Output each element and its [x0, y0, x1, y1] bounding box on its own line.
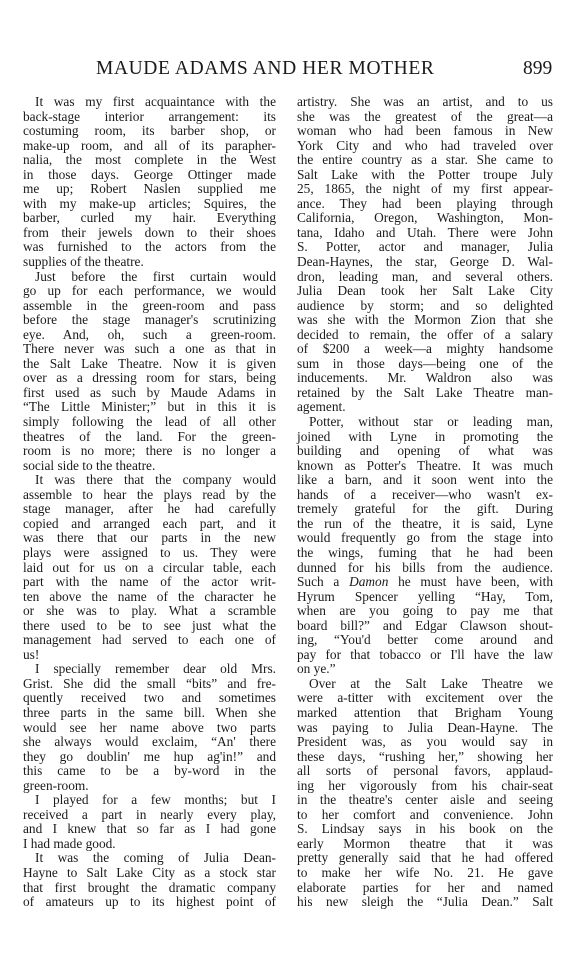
- text-line: was there that our parts in the new: [23, 531, 276, 546]
- text-line: hands of a receiver—who wasn't ex-: [297, 488, 553, 503]
- text-line: make-up room, and all of its parapher-: [23, 139, 276, 154]
- text-line: of amateurs up to its highest point of: [23, 895, 276, 910]
- text-line: Over at the Salt Lake Theatre we: [297, 677, 553, 692]
- text-line: this came to be a by-word in the: [23, 764, 276, 779]
- text-line: tremely grateful for the gift. During: [297, 502, 553, 517]
- text-line: in those days. George Ottinger made: [23, 168, 276, 183]
- running-header: MAUDE ADAMS AND HER MOTHER 899: [0, 58, 583, 82]
- text-line: back-stage interior arrangement: its: [23, 110, 276, 125]
- text-line: go up for each performance, we would: [23, 284, 276, 299]
- text-line: when are you going to pay me that: [297, 604, 553, 619]
- page-number: 899: [523, 58, 552, 80]
- text-line: simply following the lead of all other: [23, 415, 276, 430]
- text-line: audience by storm; and so delighted: [297, 299, 553, 314]
- text-line: three parts in the same bill. When she: [23, 706, 276, 721]
- text-line: laid out for us on a circular table, eac…: [23, 561, 276, 576]
- text-line: It was my first acquaintance with the: [23, 95, 276, 110]
- text-line: us!: [23, 648, 276, 663]
- text-line: received a part in nearly every play,: [23, 808, 276, 823]
- text-line: Salt Lake with the Potter troupe July: [297, 168, 553, 183]
- text-line: with my make-up articles; Squires, the: [23, 197, 276, 212]
- text-line: I played for a few months; but I: [23, 793, 276, 808]
- text-line: the run of the theatre, it is said, Lyne: [297, 517, 553, 532]
- text-line: board bill?” and Edgar Clawson shout-: [297, 619, 553, 634]
- text-line: of $200 a week—a mighty handsome: [297, 342, 553, 357]
- text-line: 25, 1865, the night of my first appear-: [297, 182, 553, 197]
- text-line: quently received two and sometimes: [23, 691, 276, 706]
- text-line: Hyrum Spencer yelling “Hay, Tom,: [297, 590, 553, 605]
- text-line: ten above the name of the character he: [23, 590, 276, 605]
- text-line: retained by the Salt Lake Theatre man-: [297, 386, 553, 401]
- text-line: I specially remember dear old Mrs.: [23, 662, 276, 677]
- text-line: there used to be to see just what the: [23, 619, 276, 634]
- text-line: sum in those days—being one of the: [297, 357, 553, 372]
- text-line: on ye.”: [297, 662, 553, 677]
- text-line: from their jewels down to their shoes: [23, 226, 276, 241]
- text-line: eye. And, oh, such a green-room.: [23, 328, 276, 343]
- text-line: costuming room, its barber shop, or: [23, 124, 276, 139]
- left-column: It was my first acquaintance with thebac…: [23, 95, 276, 910]
- text-line: Hayne to Salt Lake City as a stock star: [23, 866, 276, 881]
- text-line: barber, curled my hair. Everything: [23, 211, 276, 226]
- text-line: agement.: [297, 400, 553, 415]
- text-line: S. Potter, actor and manager, Julia: [297, 240, 553, 255]
- text-line: ance. They had been playing through: [297, 197, 553, 212]
- right-column: artistry. She was an artist, and to ussh…: [297, 95, 553, 910]
- text-line: Grist. She did the small “bits” and fre-: [23, 677, 276, 692]
- text-line: was paying to Julia Dean-Hayne. The: [297, 721, 553, 736]
- text-line: inducements. Mr. Waldron also was: [297, 371, 553, 386]
- text-line: building and opening of what was: [297, 444, 553, 459]
- text-line: joined with Lyne in promoting the: [297, 430, 553, 445]
- text-line: supplies of the theatre.: [23, 255, 276, 270]
- text-line: Such a Damon he must have been, with: [297, 575, 553, 590]
- running-title: MAUDE ADAMS AND HER MOTHER: [96, 58, 434, 80]
- text-line: ing her vigorously from his chair-seat: [297, 779, 553, 794]
- italic-text: Damon: [349, 574, 388, 589]
- text-line: nalia, the most complete in the West: [23, 153, 276, 168]
- text-line: social side to the theatre.: [23, 459, 276, 474]
- text-line: was she with the Mormon Zion that she: [297, 313, 553, 328]
- text-line: pay for that tobacco or I'll have the la…: [297, 648, 553, 663]
- text-line: It was there that the company would: [23, 473, 276, 488]
- text-line: Dean-Haynes, the star, George D. Wal-: [297, 255, 553, 270]
- text-line: were a-titter with excitement over the: [297, 691, 553, 706]
- text-line: assemble to hear the plays read by the: [23, 488, 276, 503]
- text-line: she was the greatest of the great—a: [297, 110, 553, 125]
- text-line: these days, “rushing her,” showing her: [297, 750, 553, 765]
- text-line: ing, “You'd better come around and: [297, 633, 553, 648]
- text-line: Potter, without star or leading man,: [297, 415, 553, 430]
- text-line: over as a dressing room for stars, being: [23, 371, 276, 386]
- text-line: all sorts of personal favors, applaud-: [297, 764, 553, 779]
- text-line: they go doublin' me hup ag'in!” and: [23, 750, 276, 765]
- text-line: was furnished to the actors from the: [23, 240, 276, 255]
- text-line: and I knew that so far as I had gone: [23, 822, 276, 837]
- text-line: or she was to play. What a scramble: [23, 604, 276, 619]
- text-line: that first brought the dramatic company: [23, 881, 276, 896]
- text-line: copied and arranged each part, and it: [23, 517, 276, 532]
- text-line: There never was such a one as that in: [23, 342, 276, 357]
- text-line: in the theatre's center aisle and seeing: [297, 793, 553, 808]
- text-line: stage manager, after he had carefully: [23, 502, 276, 517]
- text-line: woman who had been famous in New: [297, 124, 553, 139]
- text-line: “The Little Minister;” but in this it is: [23, 400, 276, 415]
- text-line: dron, leading man, and several others.: [297, 270, 553, 285]
- text-line: tana, Idaho and Utah. There were John: [297, 226, 553, 241]
- text-line: pretty generally said that he had offere…: [297, 851, 553, 866]
- text-line: California, Oregon, Washington, Mon-: [297, 211, 553, 226]
- text-line: I had made good.: [23, 837, 276, 852]
- text-line: to make her wife No. 21. He gave: [297, 866, 553, 881]
- text-line: she always would exclaim, “An' there: [23, 735, 276, 750]
- text-line: artistry. She was an artist, and to us: [297, 95, 553, 110]
- text-line: dunned for his bills from the audience.: [297, 561, 553, 576]
- text-line: the entire country as a star. She came t…: [297, 153, 553, 168]
- text-line: marked attention that Brigham Young: [297, 706, 553, 721]
- text-line: President was, as you would say in: [297, 735, 553, 750]
- text-line: early Mormon theatre that it was: [297, 837, 553, 852]
- text-line: Just before the first curtain would: [23, 270, 276, 285]
- text-line: York City and who had traveled over: [297, 139, 553, 154]
- text-line: management had served to each one of: [23, 633, 276, 648]
- text-line: assemble in the green-room and pass: [23, 299, 276, 314]
- text-line: first used as such by Maude Adams in: [23, 386, 276, 401]
- text-line: the wings, fuming that he had been: [297, 546, 553, 561]
- text-line: room is no more; there is no longer a: [23, 444, 276, 459]
- text-line: would see her name above two parts: [23, 721, 276, 736]
- text-line: would frequently go from the stage into: [297, 531, 553, 546]
- text-line: to her comfort and convenience. John: [297, 808, 553, 823]
- text-line: green-room.: [23, 779, 276, 794]
- text-line: It was the coming of Julia Dean-: [23, 851, 276, 866]
- text-line: elaborate parties for her and named: [297, 881, 553, 896]
- text-line: Julia Dean took her Salt Lake City: [297, 284, 553, 299]
- text-line: decided to remain, the offer of a salary: [297, 328, 553, 343]
- text-line: theatres of the land. For the green-: [23, 430, 276, 445]
- text-line: before the stage manager's scrutinizing: [23, 313, 276, 328]
- text-line: known as Potter's Theatre. It was much: [297, 459, 553, 474]
- text-line: the Salt Lake Theatre. Now it is given: [23, 357, 276, 372]
- text-line: S. Lindsay says in his book on the: [297, 822, 553, 837]
- text-line: like a barn, and it soon went into the: [297, 473, 553, 488]
- text-line: plays were assigned to us. They were: [23, 546, 276, 561]
- text-line: his new sleigh the “Julia Dean.” Salt: [297, 895, 553, 910]
- text-line: me up; Robert Naslen supplied me: [23, 182, 276, 197]
- text-line: part with the name of the actor writ-: [23, 575, 276, 590]
